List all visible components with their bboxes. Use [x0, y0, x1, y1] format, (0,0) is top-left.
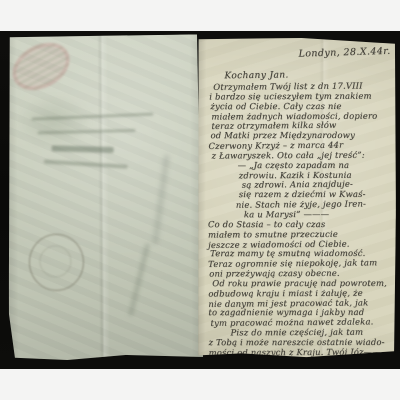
handwriting-line: — „Ja często zapadam na	[238, 161, 394, 171]
date-line: Londyn, 28.X.44r.	[298, 46, 390, 60]
bleedthrough-stroke	[52, 145, 114, 153]
handwriting-line: Co do Stasia – to cały czas	[208, 220, 394, 230]
handwriting-line: z Tobą i może nareszcie ostatnie wiado-	[209, 338, 395, 348]
handwriting-line: życia od Ciebie. Cały czas nie	[210, 102, 393, 112]
handwriting-line: Teraz ogromnie się niepokoję, jak tam	[208, 258, 394, 270]
letter-back-page	[7, 34, 203, 361]
letter-body: Otrzymałem Twój list z dn 17.VIIIi bardz…	[207, 82, 394, 359]
bleedthrough-stroke	[152, 155, 170, 245]
handwriting-line: mości od naszych z Kraju. Twój Józ———	[209, 347, 395, 358]
salutation: Kochany Jan.	[224, 70, 288, 81]
stamp-smudge	[15, 93, 91, 150]
postmark-inner-ring	[39, 245, 71, 277]
handwriting-line: Od roku prawie pracuję nad powrotem,	[212, 279, 394, 289]
bleedthrough-stroke	[128, 243, 150, 316]
bleedthrough-stroke	[44, 160, 128, 169]
handwriting-line: nie. Stach nie żyje, jego Iren-	[236, 199, 394, 210]
scanner-background: Londyn, 28.X.44r. Kochany Jan. Otrzymałe…	[0, 31, 400, 369]
postmark-icon	[28, 233, 84, 291]
handwriting-line: Czerwony Krzyż – z marca 44r	[208, 140, 393, 152]
handwriting-line: Otrzymałem Twój list z dn 17.VIII	[213, 81, 393, 93]
letter-front-page: Londyn, 28.X.44r. Kochany Jan. Otrzymałe…	[197, 37, 396, 360]
censor-stamp-icon	[5, 34, 78, 99]
